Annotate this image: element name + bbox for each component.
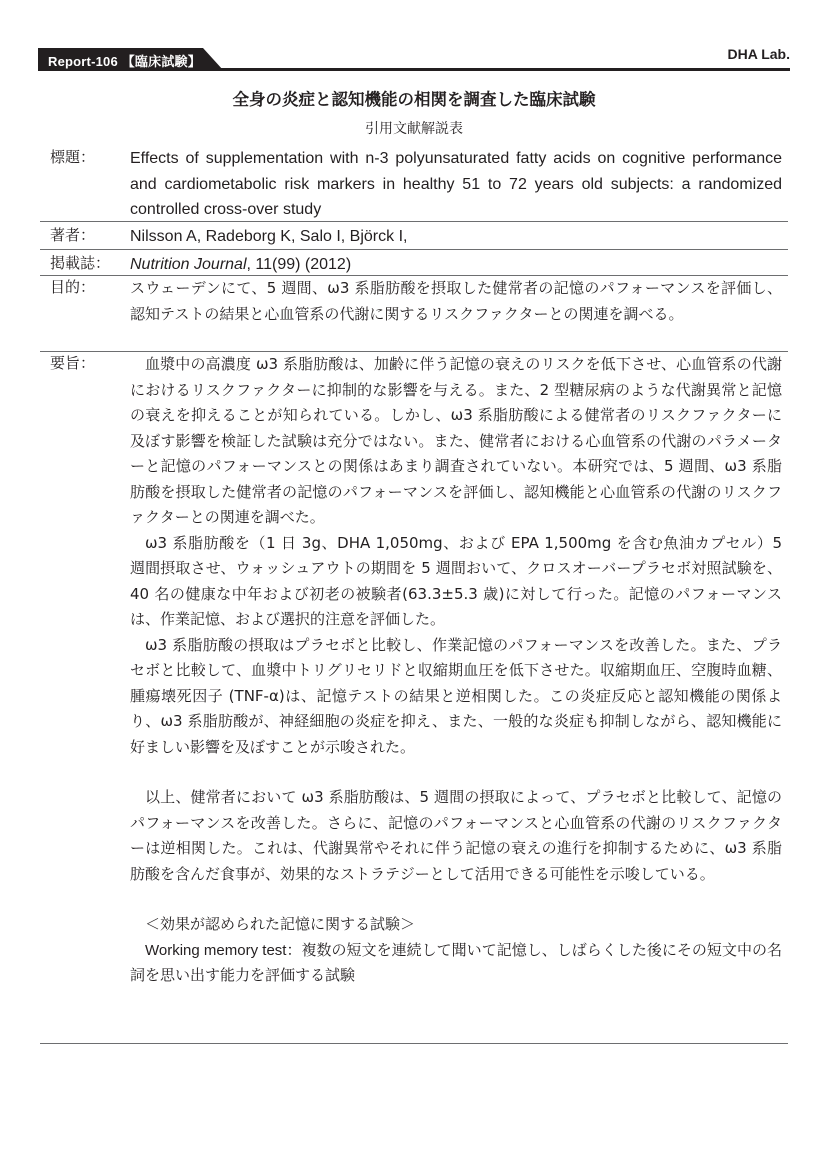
summary-body: 血漿中の高濃度 ω3 系脂肪酸は、加齢に伴う記憶の衰えのリスクを低下させ、心血管…: [130, 352, 782, 989]
authors-label: 著者：: [50, 224, 95, 245]
field-title: 標題： Effects of supplementation with n-3 …: [40, 146, 788, 220]
brand-logo-text: DHA Lab.: [728, 46, 790, 62]
report-tag-label: Report-106 【臨床試験】: [48, 51, 201, 70]
page-header: Report-106 【臨床試験】 DHA Lab.: [38, 48, 790, 72]
purpose-value: スウェーデンにて、5 週間、ω3 系脂肪酸を摂取した健常者の記憶のパフォーマンス…: [130, 276, 782, 327]
test-description: Working memory test：複数の短文を連続して聞いて記憶し、しばら…: [130, 938, 782, 989]
field-authors: 著者： Nilsson A, Radeborg K, Salo I, Björc…: [40, 224, 788, 248]
summary-paragraph-methods: ω3 系脂肪酸を（1 日 3g、DHA 1,050mg、および EPA 1,50…: [130, 531, 782, 633]
authors-value: Nilsson A, Radeborg K, Salo I, Björck I,: [130, 224, 782, 250]
journal-value: Nutrition Journal, 11(99) (2012): [130, 252, 782, 278]
summary-paragraph-background: 血漿中の高濃度 ω3 系脂肪酸は、加齢に伴う記憶の衰えのリスクを低下させ、心血管…: [130, 352, 782, 531]
divider: [40, 221, 788, 222]
divider: [40, 249, 788, 250]
journal-issue: , 11(99) (2012): [247, 256, 352, 273]
journal-label: 掲載誌：: [50, 252, 110, 273]
report-tag: Report-106 【臨床試験】: [38, 48, 223, 70]
journal-name: Nutrition Journal: [130, 256, 247, 273]
test-name: Working memory test: [145, 942, 286, 959]
summary-paragraph-results: ω3 系脂肪酸の摂取はプラセボと比較し、作業記憶のパフォーマンスを改善した。また…: [130, 633, 782, 761]
title-value: Effects of supplementation with n-3 poly…: [130, 146, 782, 223]
field-purpose: 目的： スウェーデンにて、5 週間、ω3 系脂肪酸を摂取した健常者の記憶のパフォ…: [40, 276, 788, 350]
document-title: 全身の炎症と認知機能の相関を調査した臨床試験: [0, 86, 828, 110]
test-heading: ＜効果が認められた記憶に関する試験＞: [130, 912, 782, 938]
field-journal: 掲載誌： Nutrition Journal, 11(99) (2012): [40, 252, 788, 276]
field-summary: 要旨： 血漿中の高濃度 ω3 系脂肪酸は、加齢に伴う記憶の衰えのリスクを低下させ…: [40, 352, 788, 1042]
document-subtitle: 引用文献解説表: [0, 118, 828, 138]
title-label: 標題：: [50, 146, 95, 167]
divider: [40, 1043, 788, 1044]
summary-paragraph-conclusion: 以上、健常者において ω3 系脂肪酸は、5 週間の摂取によって、プラセボと比較し…: [130, 785, 782, 887]
summary-label: 要旨：: [50, 352, 95, 373]
purpose-label: 目的：: [50, 276, 95, 297]
